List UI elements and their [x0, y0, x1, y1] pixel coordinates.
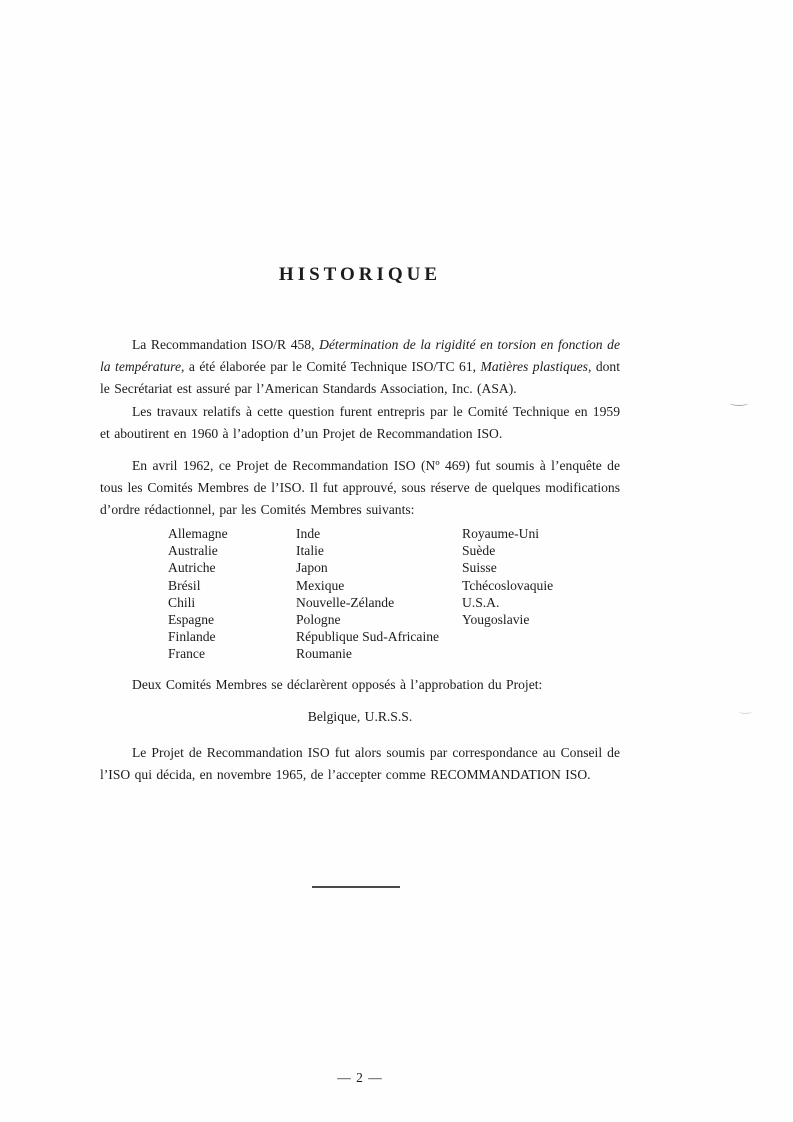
- country-item: Autriche: [168, 559, 228, 576]
- committee-subject-italic: Matières plastiques: [481, 359, 588, 374]
- country-item: Suède: [462, 542, 553, 559]
- country-item: France: [168, 645, 228, 662]
- paragraph-intro: La Recommandation ISO/R 458, Déterminati…: [100, 334, 620, 399]
- member-committees-column-3: Royaume-UniSuèdeSuisseTchécoslovaquieU.S…: [462, 525, 553, 628]
- country-item: Australie: [168, 542, 228, 559]
- country-item: Suisse: [462, 559, 553, 576]
- member-committees-column-2: IndeItalieJaponMexiqueNouvelle-ZélandePo…: [296, 525, 439, 663]
- country-item: Yougoslavie: [462, 611, 553, 628]
- country-item: Nouvelle-Zélande: [296, 594, 439, 611]
- country-item: Roumanie: [296, 645, 439, 662]
- country-item: Japon: [296, 559, 439, 576]
- country-item: Pologne: [296, 611, 439, 628]
- scan-artifact: [739, 709, 752, 714]
- paragraph-inquiry: En avril 1962, ce Projet de Recommandati…: [100, 455, 620, 520]
- country-item: Italie: [296, 542, 439, 559]
- country-item: U.S.A.: [462, 594, 553, 611]
- separator-rule: [312, 886, 400, 888]
- country-item: Chili: [168, 594, 228, 611]
- paragraph-intro-text: La Recommandation ISO/R 458,: [132, 337, 319, 352]
- country-item: Royaume-Uni: [462, 525, 553, 542]
- country-item: Espagne: [168, 611, 228, 628]
- page-number: — 2 —: [100, 1070, 620, 1086]
- paragraph-works: Les travaux relatifs à cette question fu…: [100, 401, 620, 445]
- country-item: Tchécoslovaquie: [462, 577, 553, 594]
- paragraph-adoption: Le Projet de Recommandation ISO fut alor…: [100, 742, 620, 786]
- opposition-members: Belgique, U.R.S.S.: [100, 706, 620, 728]
- country-item: Brésil: [168, 577, 228, 594]
- member-committees-list: AllemagneAustralieAutricheBrésilChiliEsp…: [100, 525, 620, 665]
- country-item: Mexique: [296, 577, 439, 594]
- page-title: HISTORIQUE: [100, 264, 620, 286]
- country-item: République Sud-Africaine: [296, 628, 439, 645]
- country-item: Finlande: [168, 628, 228, 645]
- country-item: Inde: [296, 525, 439, 542]
- scan-artifact: [730, 400, 748, 406]
- member-committees-column-1: AllemagneAustralieAutricheBrésilChiliEsp…: [168, 525, 228, 663]
- document-page: HISTORIQUE La Recommandation ISO/R 458, …: [0, 0, 793, 1122]
- opposition-intro: Deux Comités Membres se déclarèrent oppo…: [100, 674, 620, 696]
- paragraph-intro-text: , a été élaborée par le Comité Technique…: [181, 359, 481, 374]
- country-item: Allemagne: [168, 525, 228, 542]
